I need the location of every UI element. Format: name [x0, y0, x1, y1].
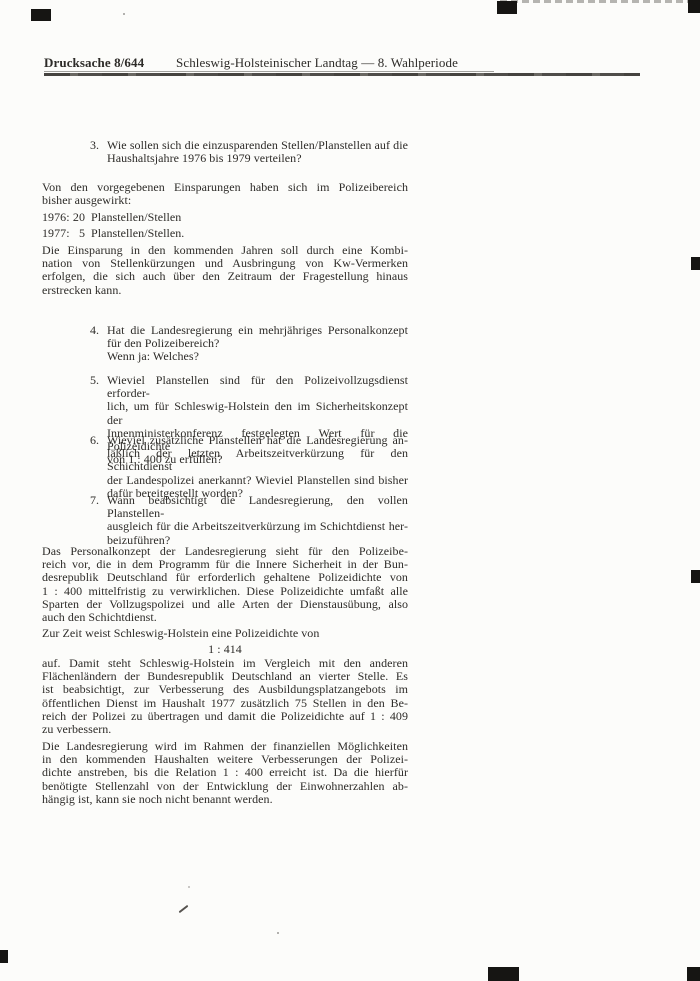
- document-page: Drucksache 8/644Schleswig-Holsteinischer…: [0, 0, 700, 981]
- question-number: 7.: [90, 494, 99, 507]
- scan-mark-bottom-right: [687, 967, 700, 981]
- block-p-personalkonzept: Das Personalkonzept der Landesregierung …: [42, 545, 408, 624]
- scan-mark-bottom-center: [488, 967, 519, 981]
- block-q7: 7.Wann beabsichtigt die Landesregierung,…: [42, 494, 408, 547]
- scan-smudge-top-edge: [500, 0, 698, 3]
- text-line: 1 : 400 mittelfristig zu verwirklichen. …: [42, 585, 408, 598]
- stat-count: 5: [72, 227, 85, 240]
- stat-count: 20: [72, 211, 85, 224]
- block-row-1977: 1977:5Planstellen/Stellen.: [42, 227, 408, 240]
- text-line: Haushaltsjahre 1976 bis 1979 verteilen?: [107, 152, 408, 165]
- block-p-zurzeit: Zur Zeit weist Schleswig-Holstein eine P…: [42, 627, 408, 640]
- centered-ratio: 1 : 414: [42, 643, 408, 656]
- text-line: hängig ist, kann sie noch nicht benannt …: [42, 793, 408, 806]
- block-p-einsparung: Die Einsparung in den kommenden Jahren s…: [42, 244, 408, 297]
- stat-label: Planstellen/Stellen: [91, 210, 181, 224]
- text-line: auch den Schichtdienst.: [42, 611, 408, 624]
- header-rule: [44, 73, 640, 76]
- text-line: dichte anstreben, bis die Relation 1 : 4…: [42, 766, 408, 779]
- stat-label: Planstellen/Stellen.: [91, 226, 184, 240]
- question-number: 6.: [90, 434, 99, 447]
- text-line: erfolgen, die sich auch über den Zeitrau…: [42, 270, 408, 283]
- block-row-1976: 1976:20Planstellen/Stellen: [42, 211, 408, 224]
- page-header: Drucksache 8/644Schleswig-Holsteinischer…: [44, 55, 644, 71]
- block-p-auf: auf. Damit steht Schleswig-Holstein im V…: [42, 657, 408, 736]
- block-p-landesregierung: Die Landesregierung wird im Rahmen der f…: [42, 740, 408, 806]
- doc-number: Drucksache 8/644: [44, 55, 176, 71]
- text-line: Zur Zeit weist Schleswig-Holstein eine P…: [42, 627, 408, 640]
- stat-year: 1976:: [42, 211, 72, 224]
- scan-mark-right-upper: [691, 257, 700, 270]
- pen-tick-mark: [179, 905, 189, 913]
- text-line: desrepublik Deutschland für erforderlich…: [42, 571, 408, 584]
- scan-mark-top-right: [688, 0, 700, 13]
- header-rule-thin: [44, 71, 494, 72]
- text-line: erstrecken kann.: [42, 284, 408, 297]
- scan-speck: [277, 932, 279, 934]
- block-q4: 4.Hat die Landesregierung ein mehrjährig…: [42, 324, 408, 364]
- text-line: läßlich der letzten Arbeitszeitverkürzun…: [107, 447, 408, 473]
- stat-year: 1977:: [42, 227, 72, 240]
- text-line: ausgleich für die Arbeitszeitverkürzung …: [107, 520, 408, 533]
- scan-mark-top-left: [31, 9, 51, 21]
- text-line: lich, um für Schleswig-Holstein den im S…: [107, 400, 408, 426]
- text-line: Wann beabsichtigt die Landesregierung, d…: [107, 494, 408, 520]
- scan-mark-bottom-left: [0, 950, 8, 963]
- text-line: bisher ausgewirkt:: [42, 194, 408, 207]
- text-line: zu verbessern.: [42, 723, 408, 736]
- question-number: 3.: [90, 139, 99, 152]
- block-q6: 6.Wieviel zusätzliche Planstellen hat di…: [42, 434, 408, 500]
- text-line: der Landespolizei anerkannt? Wieviel Pla…: [107, 474, 408, 487]
- text-line: Wenn ja: Welches?: [107, 350, 408, 363]
- scan-mark-right-lower: [691, 570, 700, 583]
- scan-speck: [123, 13, 125, 15]
- text-line: benötigte Stellenzahl von der Entwicklun…: [42, 780, 408, 793]
- scan-speck: [188, 886, 190, 888]
- question-number: 5.: [90, 374, 99, 387]
- question-number: 4.: [90, 324, 99, 337]
- block-ratio: 1 : 414: [42, 643, 408, 656]
- block-p-von: Von den vorgegebenen Einsparungen haben …: [42, 181, 408, 207]
- block-q3: 3.Wie sollen sich die einzusparenden Ste…: [42, 139, 408, 165]
- text-line: Wieviel Planstellen sind für den Polizei…: [107, 374, 408, 400]
- header-title: Schleswig-Holsteinischer Landtag — 8. Wa…: [176, 55, 458, 70]
- text-line: öffentlichen Dienst im Haushalt 1977 zus…: [42, 697, 408, 710]
- text-line: ist beabsichtigt, zur Verbesserung des A…: [42, 683, 408, 696]
- scan-mark-top-center: [497, 1, 517, 14]
